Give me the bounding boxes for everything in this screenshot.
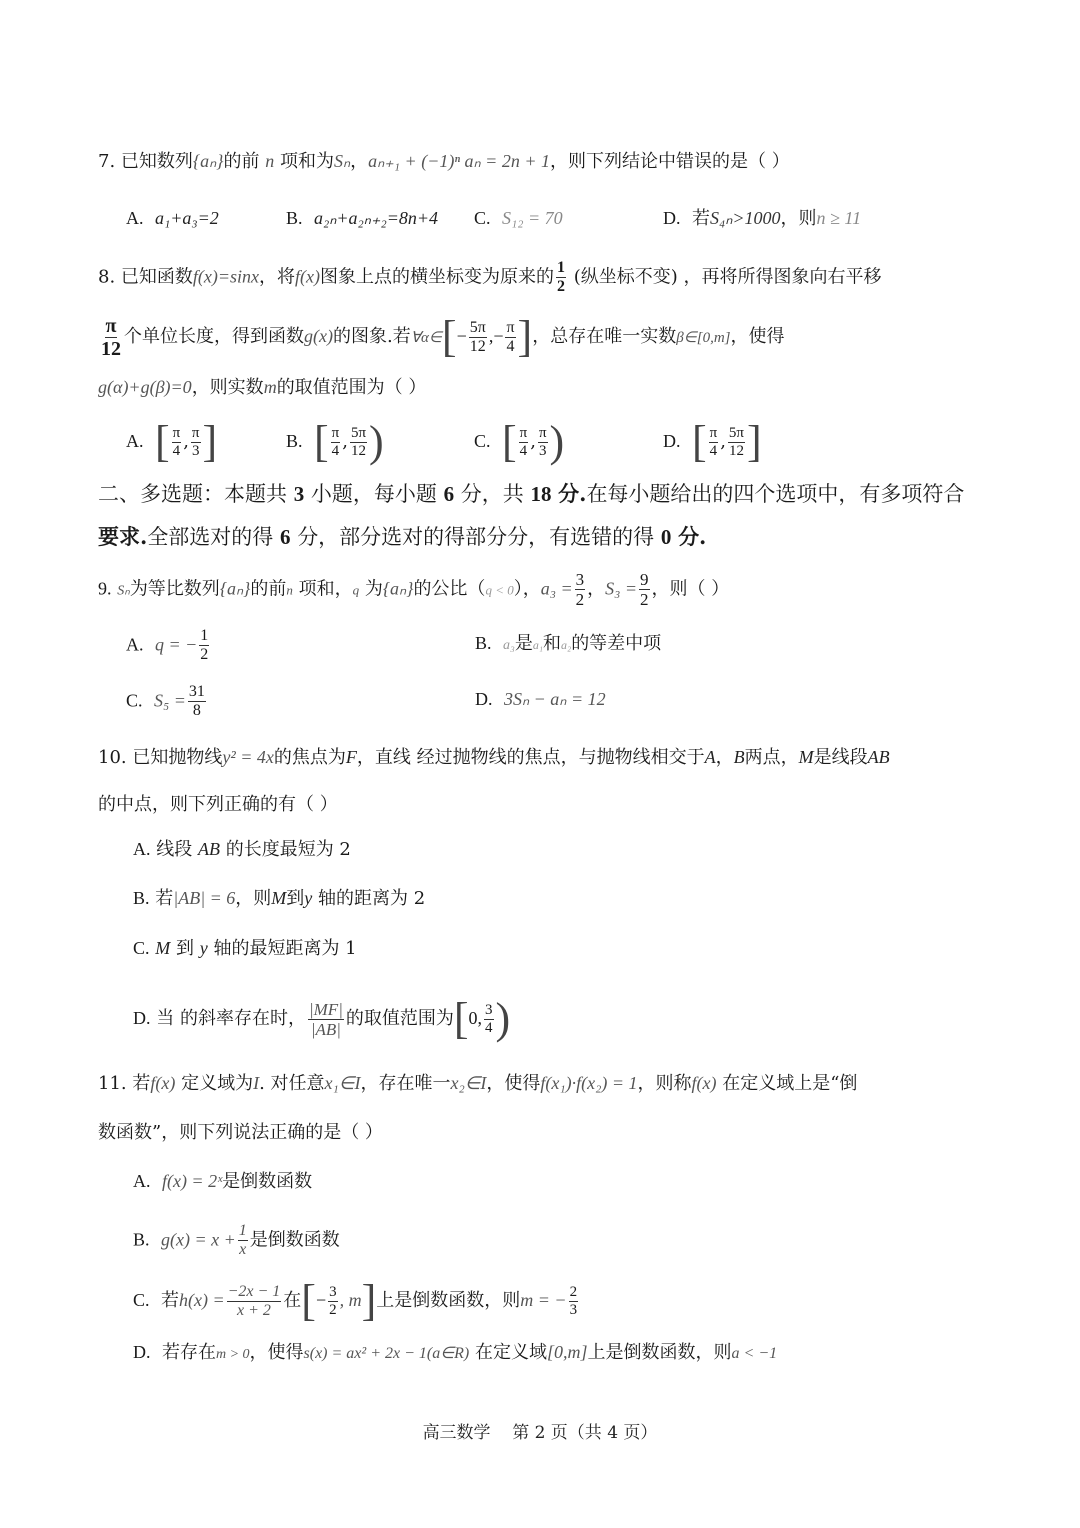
numerator: 2 (569, 1285, 579, 1302)
option-label: D. (133, 1008, 151, 1028)
numerator: 9 (639, 571, 650, 590)
option-label: C. (126, 691, 143, 711)
math: q = − (155, 635, 197, 655)
denominator: 4 (331, 443, 341, 459)
q10-option-c: C. M 到 y 轴的最短距离为 1 (133, 933, 357, 964)
math-parabola: y² = 4x (222, 747, 274, 767)
text: 的焦点为 (274, 747, 346, 768)
math: s(x) = ax² + 2x − 1(a∈R) (304, 1345, 470, 1362)
q10-option-a: A. 线段 AB 的长度最短为 2 (133, 834, 351, 865)
text: 7. 已知数列 (98, 151, 193, 172)
bracket: [ (314, 417, 329, 466)
text: 轴的距离为 2 (318, 888, 425, 909)
question-10-line-1: 10. 已知抛物线y² = 4x的焦点为F，直线 经过抛物线的焦点，与抛物线相交… (98, 742, 890, 773)
score: 18 (530, 482, 551, 506)
q8-option-c: C. [π4,π3) (474, 420, 564, 464)
text: ，则 (235, 888, 271, 909)
text: 轴的最短距离为 1 (213, 938, 356, 959)
bracket: ] (203, 417, 218, 466)
option-label: D. (663, 431, 681, 451)
text: 图象上点的横坐标变为原来的 (320, 267, 554, 288)
option-label: A. (133, 1171, 151, 1191)
denominator: 2 (556, 278, 566, 295)
option-math: a₁+a₃=2 (155, 208, 219, 228)
bracket: [ (502, 417, 517, 466)
fraction: 5π12 (469, 320, 487, 355)
denominator: 3 (191, 443, 201, 459)
math-gx: g(x) (304, 326, 333, 346)
q8-option-d: D. [π4,5π12] (663, 420, 762, 464)
numerator: π (331, 426, 341, 443)
math-Sn: Sₙ (334, 151, 350, 171)
question-number: 9. (98, 579, 112, 599)
math: M (799, 747, 814, 767)
math: M (271, 888, 286, 908)
numerator: π (505, 320, 515, 338)
text: 若 (692, 208, 710, 229)
option-label: A. (126, 208, 144, 228)
numerator: π (172, 426, 182, 443)
bracket-left: [ (301, 1276, 316, 1325)
denominator: 2 (328, 1302, 338, 1318)
denominator: 4 (709, 443, 719, 459)
fraction: π3 (191, 426, 201, 459)
text: 线段 (156, 839, 192, 860)
fraction-half: 12 (556, 260, 566, 295)
score: 6 (444, 482, 455, 506)
text: 是倒数函数 (250, 1230, 340, 1251)
option-math: a₂ₙ+a₂ₙ₊₂=8n+4 (314, 208, 438, 228)
math: f(x) = 2ˣ (162, 1171, 222, 1191)
denominator: 4 (172, 443, 182, 459)
denominator: 4 (519, 443, 529, 459)
denominator: 4 (484, 1020, 494, 1036)
option-math: S₁₂ = 70 (502, 208, 563, 228)
option-label: C. (133, 938, 150, 958)
math-equation: g(α)+g(β)=0 (98, 377, 192, 397)
numerator: 3 (575, 571, 586, 590)
denominator: 2 (199, 646, 209, 663)
numerator: 1 (199, 628, 209, 646)
text: 定义域为 (181, 1073, 253, 1094)
option-label: A. (126, 635, 144, 655)
text: ，则实数 (192, 377, 264, 398)
text: ，存在唯一 (360, 1073, 450, 1094)
q7-option-a: A. a₁+a₃=2 (126, 203, 219, 234)
math: a < −1 (732, 1345, 778, 1362)
math: x₂∈I (450, 1073, 486, 1093)
denominator: 4 (506, 338, 516, 355)
bracket: ) (369, 417, 384, 466)
denominator: 12 (728, 443, 745, 459)
fraction: 5π12 (350, 426, 367, 459)
option-label: D. (475, 689, 493, 709)
q9-option-c: C. S₅ =318 (126, 684, 208, 719)
fraction: π4 (505, 320, 515, 355)
math: a₂ (561, 638, 571, 652)
fraction: 32 (328, 1285, 338, 1318)
math: a₃ = (541, 579, 573, 599)
score: 6 (280, 525, 291, 549)
fraction: π4 (331, 426, 341, 459)
text: 10. 已知抛物线 (98, 747, 222, 768)
text: 在定义域上是“倒 (722, 1073, 857, 1094)
math-recurrence: aₙ₊₁ + (−1)ⁿ aₙ = 2n + 1 (368, 151, 550, 171)
bracket-left: [ (442, 312, 457, 361)
question-8-line-2: π12个单位长度，得到函数g(x)的图象.若∀α∈[−5π12,−π4]，总存在… (98, 315, 785, 359)
math: x₁∈I (325, 1073, 361, 1093)
option-label: B. (286, 431, 303, 451)
math: A (705, 747, 716, 767)
math-n: n (265, 151, 274, 171)
q11-option-a: A. f(x) = 2ˣ是倒数函数 (133, 1166, 312, 1197)
question-11-line-1: 11. 若f(x) 定义域为I. 对任意x₁∈I，存在唯一x₂∈I，使得f(x₁… (98, 1068, 857, 1099)
math: m > 0 (216, 1347, 250, 1362)
text: 和 (543, 633, 561, 654)
denominator: x (238, 1241, 247, 1258)
math: |AB| = 6 (173, 888, 235, 908)
math-beta: β∈[0,m] (676, 330, 730, 346)
q10-option-d: D. 当 的斜率存在时，|MF||AB|的取值范围为[0,34) (133, 997, 510, 1041)
question-9-stem: 9. Sₙ为等比数列{aₙ}的前n 项和，q 为{aₙ}的公比（q < 0），a… (98, 571, 729, 608)
denominator: 12 (469, 338, 487, 355)
bracket: ] (747, 417, 762, 466)
footer-subject: 高三数学 (423, 1423, 491, 1443)
option-label: D. (663, 208, 681, 228)
math: 3Sₙ − aₙ = 12 (504, 689, 606, 709)
text: 上是倒数函数，则 (376, 1290, 520, 1311)
text: 若 (155, 888, 173, 909)
numerator: 5π (350, 426, 367, 443)
page-footer: 高三数学 第 2 页（共 4 页） (0, 1418, 1080, 1443)
text: ，将 (259, 267, 295, 288)
math: y (200, 938, 208, 958)
bracket: [ (454, 994, 469, 1043)
option-math: n ≥ 11 (817, 208, 862, 228)
text: 分. (558, 481, 586, 506)
text: 是倒数函数 (222, 1171, 312, 1192)
math: {aₙ} (220, 579, 251, 599)
math: [0,m] (547, 1342, 588, 1362)
text: ，使得 (731, 326, 785, 347)
section-2-heading-line-2: 要求.全部选对的得 6 分，部分选对的得部分分，有选错的得 0 分. (98, 522, 706, 552)
numerator: π (519, 426, 529, 443)
option-label: A. (126, 431, 144, 451)
text: 分，部分选对的得部分分，有选错的得 (297, 525, 654, 549)
text: 为 (365, 579, 383, 600)
bracket-right: ] (518, 312, 533, 361)
option-label: C. (474, 431, 491, 451)
q8-option-b: B. [π4,5π12) (286, 420, 384, 464)
numerator: π (538, 426, 548, 443)
text: 在每小题给出的四个选项中，有多项符合 (586, 482, 964, 506)
option-label: C. (133, 1290, 150, 1310)
text: 8. 已知函数 (98, 267, 193, 288)
fraction: 34 (484, 1003, 494, 1036)
denominator: 8 (192, 702, 202, 719)
q9-option-a: A. q = −12 (126, 628, 211, 663)
math: S₃ = (605, 579, 637, 599)
fraction: 1x (238, 1223, 248, 1258)
q11-option-b: B. g(x) = x +1x是倒数函数 (133, 1223, 340, 1258)
denominator: 3 (538, 443, 548, 459)
q9-option-d: D. 3Sₙ − aₙ = 12 (475, 684, 606, 715)
text: 上是倒数函数，则 (588, 1342, 732, 1363)
q11-option-c: C. 若h(x) =−2x − 1x + 2在[−32, m]上是倒数函数，则m… (133, 1279, 580, 1323)
fraction: 318 (188, 684, 206, 719)
text: 的公比（ (413, 579, 485, 600)
text: 为等比数列 (130, 579, 220, 600)
bracket: [ (692, 417, 707, 466)
text: (纵坐标不变) ，再将所得图象向右平移 (568, 267, 882, 288)
text: 两点， (745, 747, 799, 768)
text: ，使得 (250, 1342, 304, 1363)
text: 全部选对的得 (147, 525, 273, 549)
option-label: D. (133, 1342, 151, 1362)
bracket: ) (550, 417, 565, 466)
math: a₃ (503, 638, 515, 653)
math: m = − (520, 1290, 566, 1310)
math: {aₙ} (383, 579, 414, 599)
footer-page-number: 第 2 页（共 4 页） (512, 1423, 657, 1443)
text: 项和为 (280, 151, 334, 172)
bracket-right: ] (362, 1276, 377, 1325)
score: 0 (661, 525, 672, 549)
q10-option-b: B. 若|AB| = 6，则M到y 轴的距离为 2 (133, 883, 425, 914)
text: 项和， (299, 579, 353, 600)
text: 的长度最短为 2 (226, 839, 351, 860)
option-label: C. (474, 208, 491, 228)
text: 在定义域 (469, 1342, 547, 1363)
denominator: x + 2 (236, 1302, 272, 1319)
bracket: [ (155, 417, 170, 466)
q7-option-b: B. a₂ₙ+a₂ₙ₊₂=8n+4 (286, 203, 438, 234)
question-7-stem: 7. 已知数列{aₙ}的前 n 项和为Sₙ，aₙ₊₁ + (−1)ⁿ aₙ = … (98, 146, 790, 177)
math: S₅ = (154, 691, 186, 711)
option-label: B. (133, 1230, 150, 1250)
math: n (286, 583, 293, 598)
math: , m (340, 1290, 362, 1310)
text: 到 (176, 938, 194, 959)
text: 的等差中项 (571, 633, 661, 654)
numerator: 31 (188, 684, 206, 702)
text: . 对任意 (259, 1073, 324, 1094)
text: 是线段 (814, 747, 868, 768)
text: ，则下列结论中错误的是（ ） (550, 151, 790, 172)
denominator: 3 (569, 1302, 579, 1318)
math-fx: f(x) (295, 267, 320, 287)
text: 的图象.若 (333, 326, 411, 347)
text: 是 (515, 633, 533, 654)
text: 的取值范围为 (346, 1008, 454, 1029)
math: h(x) = (179, 1290, 225, 1310)
denominator: 2 (639, 590, 650, 608)
text: ，则（ ） (652, 579, 730, 600)
numerator: |MF| (308, 1001, 344, 1020)
text: ， (587, 579, 605, 600)
text: ，则称 (638, 1073, 692, 1094)
text: ，则 (781, 208, 817, 229)
fraction: 23 (569, 1285, 579, 1318)
math: B (734, 747, 745, 767)
text: ）， (514, 579, 541, 600)
denominator: 12 (350, 443, 367, 459)
text: 小题，每小题 (311, 482, 437, 506)
text: 的前 (223, 151, 259, 172)
fraction: π4 (172, 426, 182, 459)
numerator: −2x − 1 (227, 1284, 282, 1302)
math: F (346, 747, 357, 767)
text: ， (350, 151, 368, 172)
text: 0, (469, 1008, 483, 1028)
option-label: B. (286, 208, 303, 228)
numerator: 3 (328, 1285, 338, 1302)
fraction: 32 (575, 571, 586, 608)
denominator: |AB| (310, 1020, 342, 1038)
question-10-line-2: 的中点，则下列正确的有（ ） (98, 790, 338, 820)
bracket: ) (496, 994, 511, 1043)
question-8-line-1: 8. 已知函数f(x)=sinx，将f(x)图象上点的横坐标变为原来的12 (纵… (98, 260, 882, 295)
text: 的前 (250, 579, 286, 600)
math-seq: {aₙ} (193, 151, 224, 171)
text: ，总存在唯一实数 (532, 326, 676, 347)
fraction: π3 (538, 426, 548, 459)
text: 在 (283, 1290, 301, 1311)
numerator: 3 (484, 1003, 494, 1020)
math: a₁ (533, 638, 543, 652)
text: ，直线 经过抛物线的焦点，与抛物线相交于 (357, 747, 705, 768)
fraction: 12 (199, 628, 209, 663)
text: 到 (286, 888, 304, 909)
denominator: 2 (575, 590, 586, 608)
numerator: 5π (728, 426, 745, 443)
math: y (304, 888, 312, 908)
q11-option-d: D. 若存在m > 0，使得s(x) = ax² + 2x − 1(a∈R) 在… (133, 1337, 777, 1370)
text: 个单位长度，得到函数 (124, 326, 304, 347)
math-fx-def: f(x)=sinx (193, 267, 259, 287)
fraction: |MF||AB| (308, 1001, 344, 1038)
text: 11. 若 (98, 1073, 150, 1094)
fraction: π4 (709, 426, 719, 459)
text: 分. (678, 524, 706, 549)
math: M (155, 938, 170, 958)
math: Sₙ (117, 584, 130, 599)
numerator: π (191, 426, 201, 443)
numerator: π (709, 426, 719, 443)
math: AB (868, 747, 890, 767)
q7-option-d: D. 若S₄ₙ>1000，则n ≥ 11 (663, 203, 861, 234)
text: 若 (161, 1290, 179, 1311)
section-2-heading-line-1: 二、多选题：本题共 3 小题，每小题 6 分，共 18 分.在每小题给出的四个选… (98, 479, 964, 509)
math: f(x) (150, 1073, 175, 1093)
numerator: 1 (238, 1223, 248, 1241)
math-m: m (264, 377, 277, 397)
option-label: B. (475, 633, 492, 653)
fraction-shift: π12 (100, 316, 122, 359)
option-math: S₄ₙ>1000 (710, 208, 781, 228)
text: 二、多选题：本题共 (98, 482, 287, 506)
q7-option-c: C. S₁₂ = 70 (474, 203, 563, 234)
text: 分，共 (461, 482, 524, 506)
math: q < 0 (485, 583, 513, 598)
math: AB (198, 839, 220, 859)
text: ， (716, 747, 734, 768)
math: g(x) = x + (161, 1230, 236, 1250)
count: 3 (294, 482, 305, 506)
fraction: −2x − 1x + 2 (227, 1284, 282, 1319)
numerator: 5π (469, 320, 487, 338)
fraction: π4 (519, 426, 529, 459)
q8-option-a: A. [π4,π3] (126, 420, 217, 464)
math: f(x₁)·f(x₂) = 1 (540, 1073, 637, 1093)
question-11-line-2: 数函数”，则下列说法正确的是（ ） (98, 1118, 383, 1148)
text: ，使得 (486, 1073, 540, 1094)
math-forall: ∀α∈ (411, 330, 442, 346)
text: 若存在 (162, 1342, 216, 1363)
numerator: π (105, 316, 118, 338)
option-label: A. (133, 839, 151, 859)
numerator: 1 (556, 260, 566, 278)
question-8-line-3: g(α)+g(β)=0，则实数m的取值范围为（ ） (98, 372, 426, 403)
math: q (353, 583, 360, 598)
text: 要求. (98, 524, 147, 549)
q9-option-b: B. a₃是a₁和a₂的等差中项 (475, 628, 661, 661)
text: 当 的斜率存在时， (156, 1008, 306, 1029)
fraction: 5π12 (728, 426, 745, 459)
math: f(x) (692, 1073, 717, 1093)
option-label: B. (133, 888, 150, 908)
fraction: 92 (639, 571, 650, 608)
text: 的取值范围为（ ） (277, 377, 427, 398)
denominator: 12 (100, 338, 122, 359)
